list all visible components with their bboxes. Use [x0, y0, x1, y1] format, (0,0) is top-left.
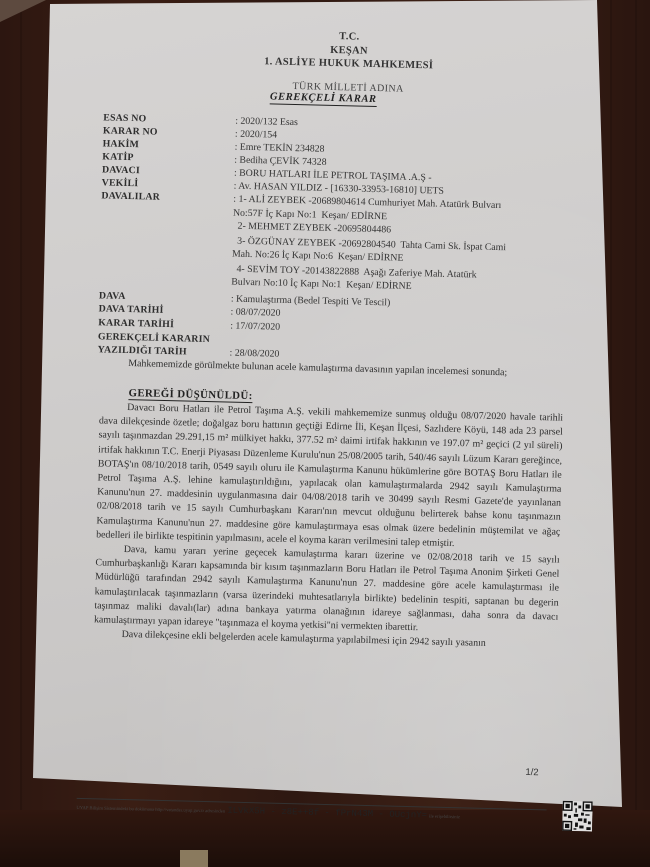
field-value: : 08/07/2020	[230, 307, 280, 319]
footer-verification: UYAP Bilişim Sistemindeki bu dokümana ht…	[76, 802, 460, 821]
field-label: DAVA TARİHİ	[99, 303, 231, 317]
field-label: DAVA	[99, 290, 231, 304]
paragraph-1: Davacı Boru Hatları ile Petrol Taşıma A.…	[96, 400, 563, 553]
field-value: : 2020/132 Esas	[235, 116, 298, 129]
field-value: : Bediha ÇEVİK 74328	[234, 155, 326, 168]
field-label: DAVALILAR	[101, 190, 233, 204]
field-value: : 28/08/2020	[229, 348, 279, 360]
field-label: ESAS NO	[103, 112, 235, 126]
field-label: KARAR NO	[103, 125, 235, 139]
field-value: : Emre TEKİN 234828	[235, 142, 325, 155]
field-value: : 17/07/2020	[230, 321, 280, 333]
field-label: VEKİLİ	[102, 177, 234, 191]
page-number: 1/2	[525, 767, 538, 778]
field-value: : 2020/154	[235, 129, 277, 141]
defendant-line: Mah. No:26 İç Kapı No:6 Keşan/ EDİRNE	[232, 249, 404, 264]
verification-code: ILVkX5H - z8E++8f - fPrN43M - OUcjnY=	[227, 806, 427, 821]
paragraph-2: Dava, kamu yararı yerine geçecek kamulaş…	[94, 542, 560, 639]
intro-paragraph: Mahkememizde görülmekte bulunan acele ka…	[100, 356, 564, 382]
qr-code-icon	[562, 801, 593, 832]
field-label: KARAR TARİHİ	[98, 317, 230, 331]
defendant-line: 2- MEHMET ZEYBEK -20695804486	[233, 221, 392, 236]
case-field-row: DAVA TARİHİ: 08/07/2020	[99, 303, 281, 318]
defendant-line: Bulvarı No:10 İç Kapı No:1 Keşan/ EDİRNE	[231, 277, 412, 292]
field-label: GEREKÇELİ KARARIN	[98, 331, 230, 345]
field-label: DAVACI	[102, 164, 234, 178]
body-text: Davacı Boru Hatları ile Petrol Taşıma A.…	[94, 400, 564, 653]
field-label: HAKİM	[103, 138, 235, 152]
document-content: T.C. KEŞAN 1. ASLİYE HUKUK MAHKEMESİ TÜR…	[0, 0, 650, 867]
field-label: KATİP	[102, 151, 234, 165]
case-field-row: GEREKÇELİ KARARIN	[98, 331, 230, 345]
defendant-line: No:57F İç Kapı No:1 Keşan/ EDİRNE	[233, 208, 387, 223]
decision-title: GEREKÇELİ KARAR	[270, 91, 377, 107]
case-field-row: KARAR TARİHİ: 17/07/2020	[98, 317, 280, 332]
